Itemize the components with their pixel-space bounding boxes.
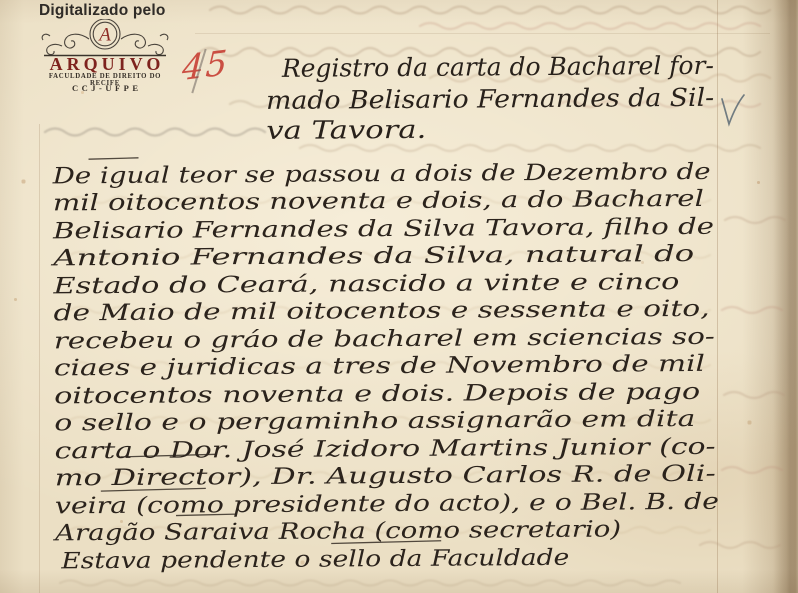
manuscript-line: mil oitocentos noventa e dois, a do Bach… — [53, 186, 704, 217]
manuscript-heading-line: va Tavora. — [266, 115, 426, 145]
manuscript-heading-line: mado Belisario Fernandes da Sil- — [266, 83, 714, 115]
manuscript-line: o sello e o pergaminho assignarão em dit… — [54, 406, 695, 436]
bleedthrough-stroke — [45, 129, 265, 136]
manuscript-line: recebeu o gráo de bacharel em sciencias … — [54, 324, 715, 355]
check-mark-icon — [722, 95, 744, 124]
bleedthrough-stroke — [700, 542, 780, 548]
manuscript-line: mo Director), Dr. Augusto Carlos R. de O… — [55, 461, 716, 492]
bleedthrough-stroke — [210, 7, 770, 14]
manuscript-text: Registro da carta do Bacharel for- mado … — [49, 51, 719, 575]
manuscript-line: carta o Dor. José Izidoro Martins Junior… — [54, 434, 715, 465]
bleedthrough-stroke — [724, 392, 784, 398]
bleedthrough-stroke — [300, 145, 760, 151]
bleedthrough-stroke — [60, 581, 680, 586]
manuscript-line: veira (como presidente do acto), e o Bel… — [55, 489, 719, 520]
arquivo-logo-ornament: A — [40, 19, 170, 57]
manuscript-line: Antonio Fernandes da Silva, natural do — [50, 241, 694, 271]
manuscript-line: ciaes e juridicas a tres de Novembro de … — [54, 351, 705, 382]
manuscript-page: Registro da carta do Bacharel for- mado … — [0, 0, 798, 593]
manuscript-line: Estado do Ceará, nascido a vinte e cinco — [52, 269, 680, 299]
bleedthrough-stroke — [722, 467, 782, 473]
manuscript-line: Belisario Fernandes da Silva Tavora, fil… — [52, 214, 714, 245]
digitized-by-label: Digitalizado pelo — [39, 2, 166, 20]
logo-monogram: A — [97, 25, 111, 46]
manuscript-line: De igual teor se passou a dois de Dezemb… — [51, 159, 710, 190]
logo-wordmark: ARQUIVO — [40, 54, 170, 75]
bleedthrough-stroke — [420, 23, 760, 29]
manuscript-heading-line: Registro da carta do Bacharel for- — [281, 51, 714, 83]
ink-flourish — [89, 158, 139, 159]
logo-org-label: CCJ-UFPE — [40, 83, 170, 93]
bleedthrough-stroke — [725, 217, 785, 223]
manuscript-line: Aragão Saraiva Rocha (como secretario) — [53, 516, 622, 546]
manuscript-line: Estava pendente o sello da Faculdade — [60, 545, 569, 575]
manuscript-line: de Maio de mil oitocentos e sessenta e o… — [54, 296, 710, 327]
manuscript-line: oitocentos noventa e dois. Depois de pag… — [54, 379, 700, 410]
bleedthrough-stroke — [722, 307, 782, 313]
